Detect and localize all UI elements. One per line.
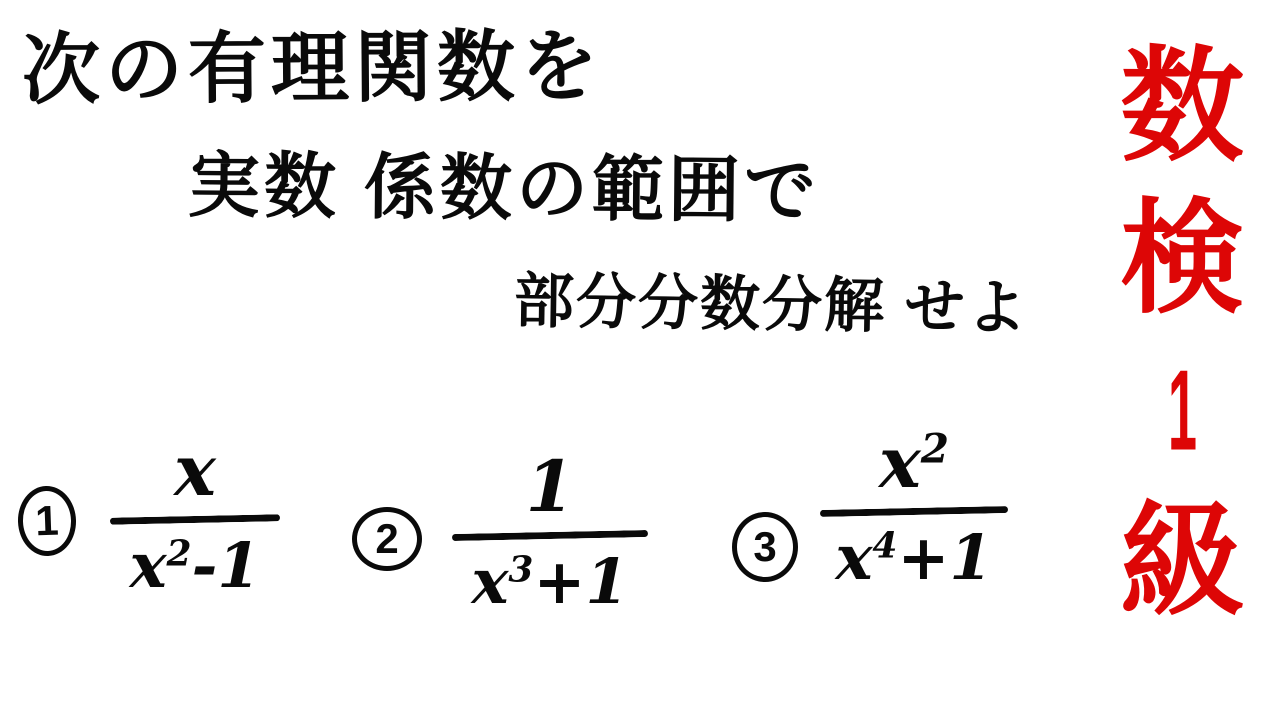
badge-char-one: 1 [1168, 345, 1197, 477]
numerator-exponent: 2 [921, 425, 949, 473]
problem-3-number: 3 [753, 523, 776, 571]
level-badge: 数 検 1 級 [1096, 36, 1268, 635]
problem-2-numerator: 1 [452, 452, 648, 532]
problem-1-denominator: x2-1 [110, 523, 280, 597]
problem-2-number: 2 [375, 515, 398, 563]
numerator-base: x [879, 421, 921, 504]
problem-3-numerator: x2 [820, 428, 1008, 508]
denominator-exponent: 2 [167, 532, 192, 574]
instruction-line-3: 部分分数分解 せよ [514, 268, 1030, 341]
problem-3-denominator: x4+1 [820, 515, 1008, 589]
numerator-base: x [174, 429, 216, 512]
problem-1-numerator: x [110, 436, 280, 516]
problem-3-number-circle: 3 [732, 512, 798, 582]
instruction-line-1: 次の有理関数を [22, 24, 604, 114]
handwritten-math-thumbnail: 次の有理関数を 実数 係数の範囲で 部分分数分解 せよ 数 検 1 級 1 x … [0, 0, 1280, 720]
problem-1-number-circle: 1 [17, 485, 77, 557]
problem-3-fraction: x2 x4+1 [820, 428, 1008, 589]
denominator-base: x [471, 545, 508, 618]
instruction-line-2: 実数 係数の範囲で [188, 147, 821, 232]
denominator-base: x [835, 521, 872, 594]
problem-1-fraction: x x2-1 [110, 436, 280, 597]
problem-1-number: 1 [34, 497, 59, 546]
problem-2-denominator: x3+1 [452, 539, 648, 613]
badge-char-ken: 検 [1120, 188, 1244, 332]
denominator-tail: +1 [897, 521, 992, 594]
denominator-tail: +1 [533, 545, 628, 618]
denominator-base: x [130, 529, 167, 602]
denominator-tail: -1 [192, 529, 261, 602]
problem-2-number-circle: 2 [352, 507, 422, 571]
badge-char-suu: 数 [1120, 36, 1244, 180]
numerator-base: 1 [526, 445, 575, 528]
denominator-exponent: 4 [872, 524, 897, 566]
denominator-exponent: 3 [508, 548, 533, 590]
badge-char-kyuu: 級 [1120, 491, 1244, 635]
problem-2-fraction: 1 x3+1 [452, 452, 648, 613]
